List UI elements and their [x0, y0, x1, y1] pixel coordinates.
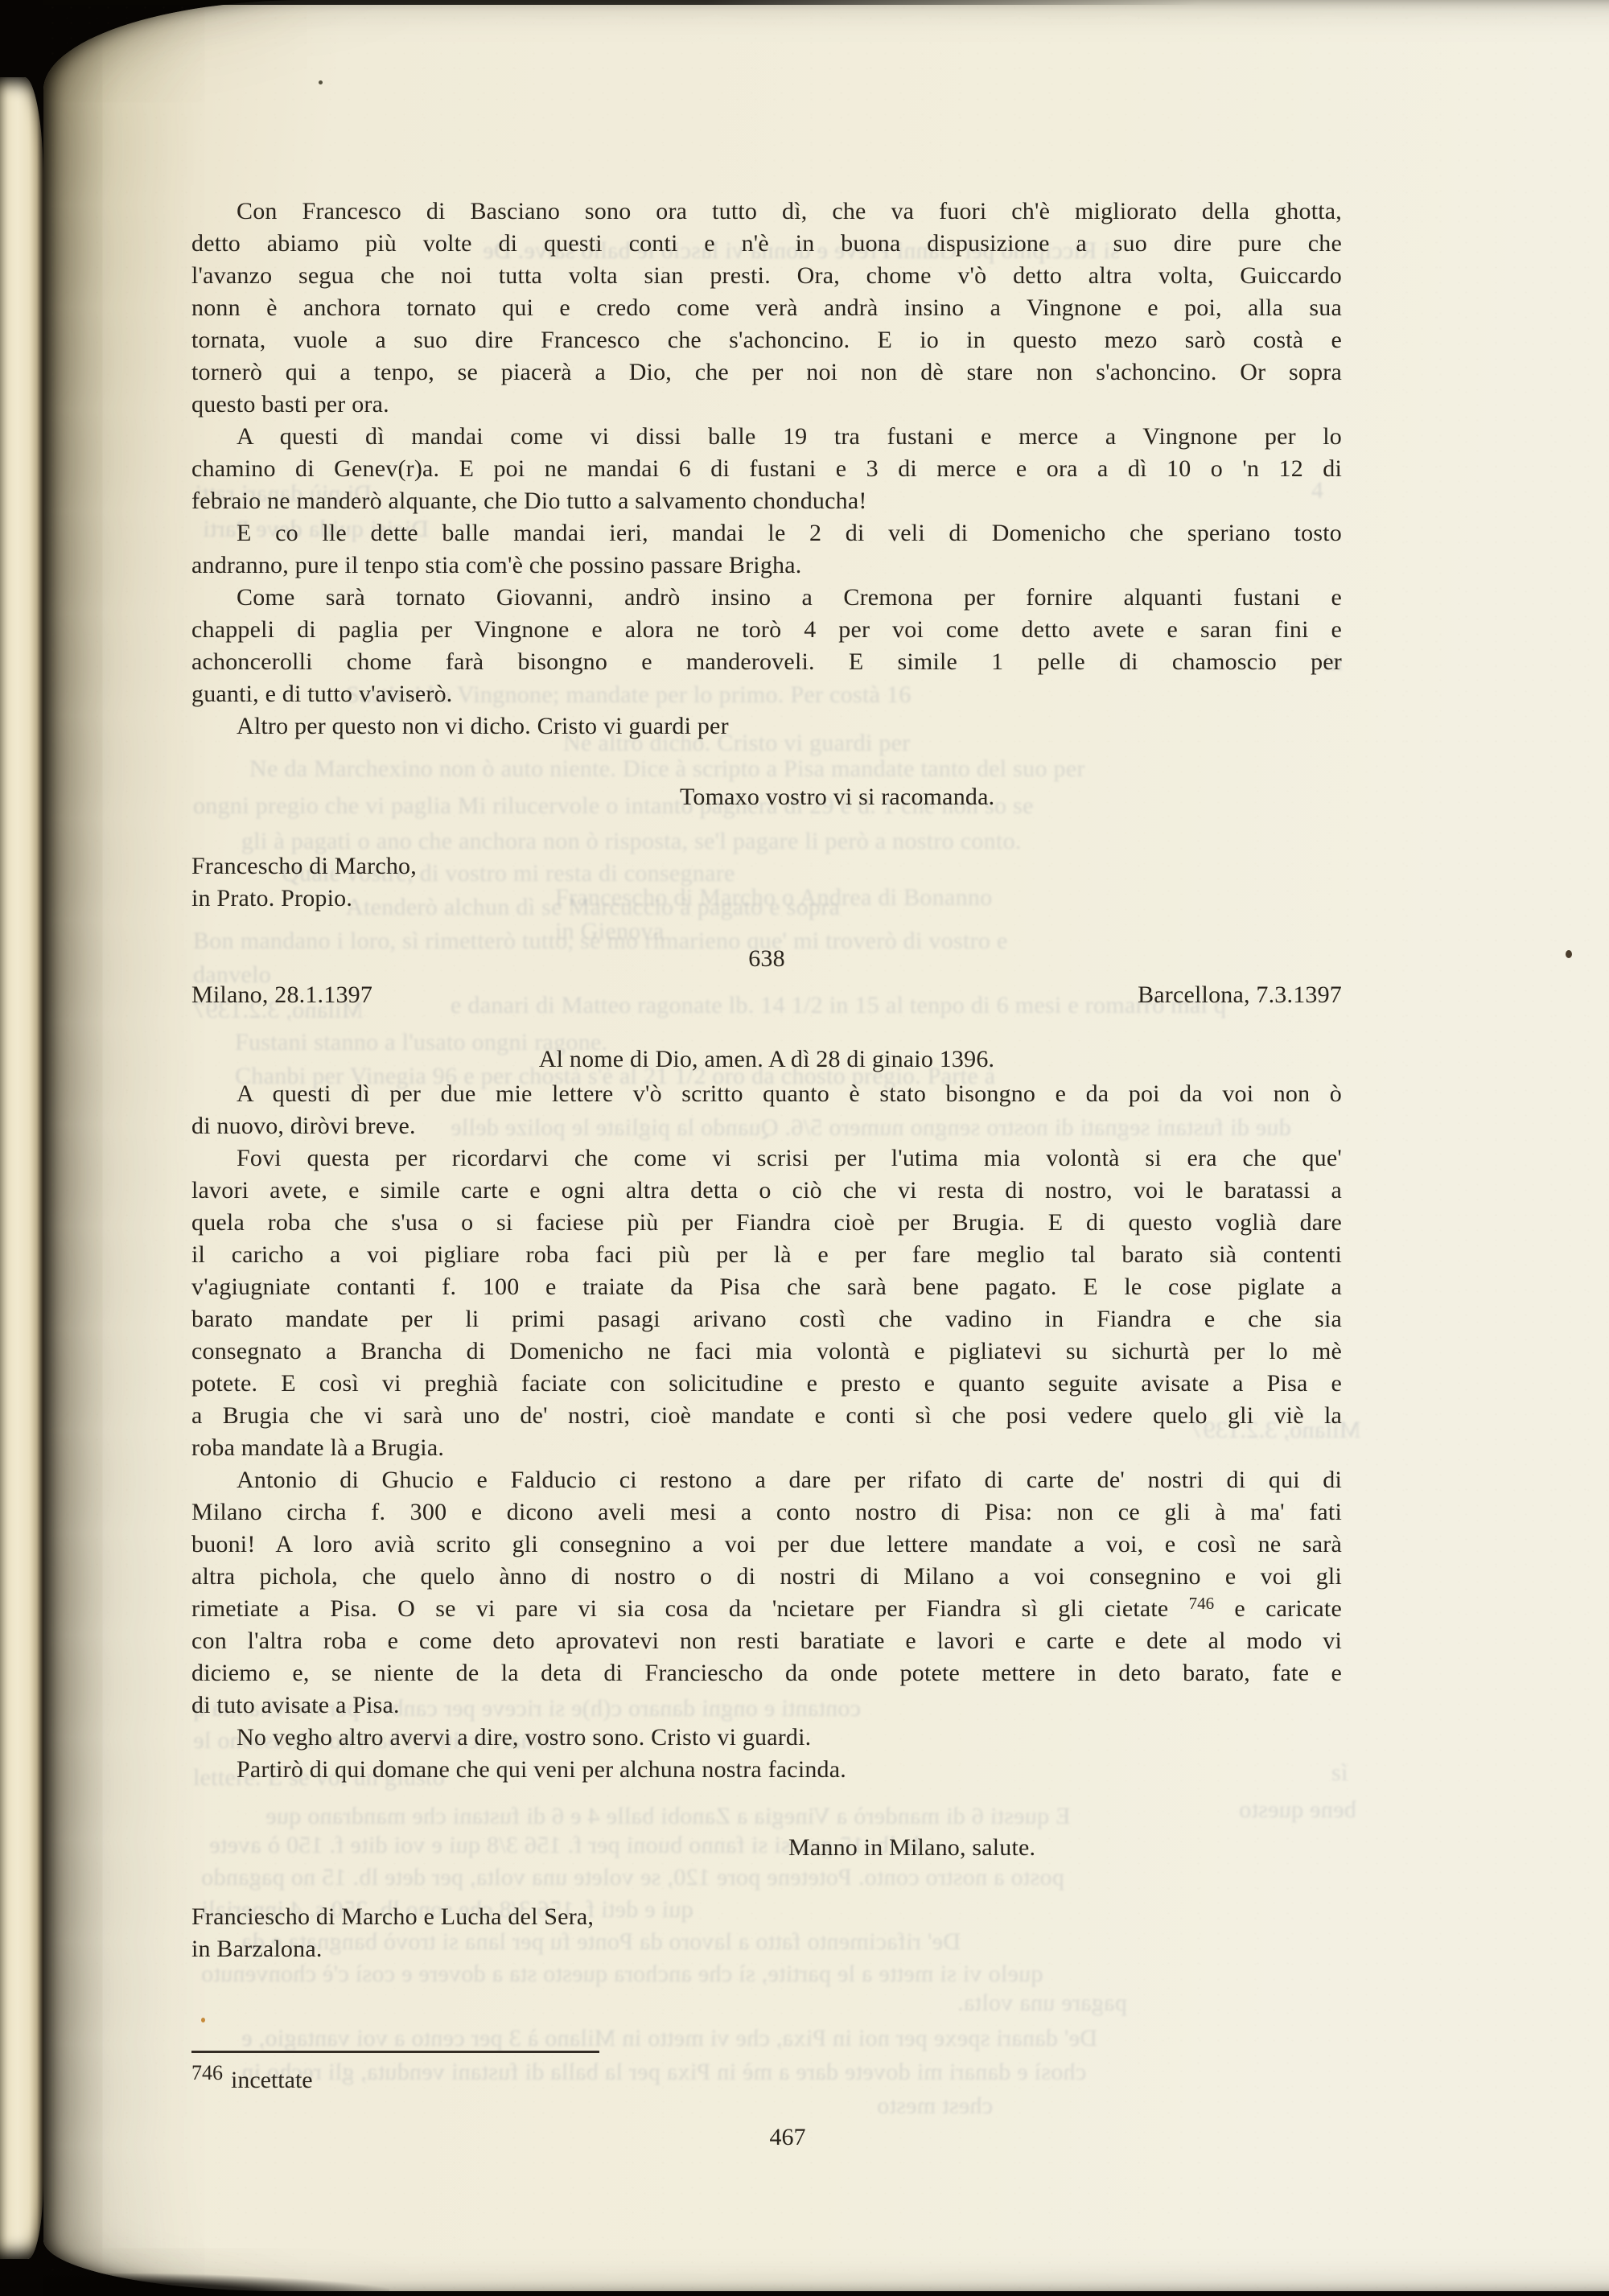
- text-line: achoncerolli chome farà bisongno e mande…: [191, 646, 1342, 678]
- address-line: Franciescho di Marcho e Lucha del Sera,: [191, 1901, 1342, 1933]
- paragraph: Antonio di Ghucio e Falducio ci restono …: [191, 1464, 1342, 1722]
- scan-top-edge: [43, 0, 1250, 5]
- text-line: Con Francesco di Basciano sono ora tutto…: [191, 195, 1342, 228]
- text-line: tornerò qui a tenpo, se piacerà a Dio, c…: [191, 356, 1342, 389]
- text-line: No vegho altro avervi a dire, vostro son…: [191, 1722, 1342, 1754]
- letter-2-address: Franciescho di Marcho e Lucha del Sera, …: [191, 1901, 1342, 1965]
- letter-2-salutation: Al nome di Dio, amen. A dì 28 di ginaio …: [191, 1043, 1342, 1076]
- bleedthrough-line: chest mesto: [877, 2092, 993, 2121]
- text-line: febraio ne manderò alquante, che Dio tut…: [191, 485, 1342, 517]
- text-line: lavori avete, e simile carte e ogni altr…: [191, 1175, 1342, 1207]
- page-edge-stack: [0, 77, 43, 2259]
- scan-bottom-shadow: [43, 2273, 389, 2296]
- paragraph: Come sarà tornato Giovanni, andrò insino…: [191, 582, 1342, 710]
- address-line: in Prato. Propio.: [191, 883, 1342, 915]
- text-line: roba mandate là a Brugia.: [191, 1432, 1342, 1464]
- text-column: Con Francesco di Basciano sono ora tutto…: [191, 195, 1342, 1965]
- paragraph: No vegho altro avervi a dire, vostro son…: [191, 1722, 1342, 1754]
- place-date-origin: Milano, 28.1.1397: [191, 979, 372, 1011]
- text-line: consegnato a Brancha di Domenicho ne fac…: [191, 1335, 1342, 1368]
- paragraph: Con Francesco di Basciano sono ora tutto…: [191, 195, 1342, 421]
- footnote-entry: 746incettate: [191, 2066, 599, 2095]
- text-line: barato mandate per li primi pasagi ariva…: [191, 1303, 1342, 1335]
- text-line: diciemo e, se niente de la deta di Franc…: [191, 1657, 1342, 1689]
- text-line: Come sarà tornato Giovanni, andrò insino…: [191, 582, 1342, 614]
- letter-1-body: Con Francesco di Basciano sono ora tutto…: [191, 195, 1342, 743]
- paragraph: E co lle dette balle mandai ieri, mandai…: [191, 517, 1342, 582]
- letter-2-dateline: Milano, 28.1.1397 Barcellona, 7.3.1397: [191, 979, 1342, 1011]
- dust-speck: [1566, 950, 1572, 958]
- book-scan: si Riccipino per Ganni Prève e donna vi …: [0, 0, 1609, 2296]
- address-line: in Barzalona.: [191, 1933, 1342, 1965]
- text-line: a Brugia che vi sarà uno de' nostri, cio…: [191, 1400, 1342, 1432]
- text-line: il caricho a voi pigliare roba faci più …: [191, 1239, 1342, 1271]
- text-line: con l'altra roba e come deto aprovatevi …: [191, 1625, 1342, 1657]
- text-line: potete. E così vi preghià faciate con so…: [191, 1368, 1342, 1400]
- text-line: Milano circha f. 300 e dicono aveli mesi…: [191, 1496, 1342, 1529]
- text-line: detto abiamo più volte di questi conti e…: [191, 228, 1342, 260]
- paragraph: Altro per questo non vi dicho. Cristo vi…: [191, 710, 1342, 743]
- letter-1-address: Francescho di Marcho, in Prato. Propio.: [191, 850, 1342, 915]
- text-line: A questi dì per due mie lettere v'ò scri…: [191, 1078, 1342, 1110]
- text-line: rimetiate a Pisa. O se vi pare vi sia co…: [191, 1593, 1342, 1625]
- address-line: Francescho di Marcho,: [191, 850, 1342, 883]
- text-line: E co lle dette balle mandai ieri, mandai…: [191, 517, 1342, 549]
- text-line: andranno, pure il tenpo stia com'è che p…: [191, 549, 1342, 582]
- place-date-destination: Barcellona, 7.3.1397: [1138, 979, 1342, 1011]
- text-line: nonn è anchora tornato qui e credo come …: [191, 292, 1342, 324]
- text-line: l'avanzo segua che noi tutta volta sian …: [191, 260, 1342, 292]
- text-line: Fovi questa per ricordarvi che come vi s…: [191, 1142, 1342, 1175]
- text-line: v'agiugniate contanti f. 100 e traiate d…: [191, 1271, 1342, 1303]
- paragraph: Partirò di qui domane che qui veni per a…: [191, 1754, 1342, 1786]
- text-line: quela roba che s'usa o si faciese più pe…: [191, 1207, 1342, 1239]
- text-line: Partirò di qui domane che qui veni per a…: [191, 1754, 1342, 1786]
- text-line: guanti, e di tutto v'aviserò.: [191, 678, 1342, 710]
- letter-2-closing: Manno in Milano, salute.: [788, 1832, 1342, 1864]
- footnote-marker: 746: [191, 2061, 223, 2084]
- paragraph: Fovi questa per ricordarvi che come vi s…: [191, 1142, 1342, 1464]
- bleedthrough-line: pagare una volta.: [957, 1989, 1127, 2018]
- text-line: chappeli di paglia per Vingnone e alora …: [191, 614, 1342, 646]
- letter-number: 638: [191, 943, 1342, 975]
- letter-1-closing: Tomaxo vostro vi si racomanda.: [680, 781, 1342, 813]
- paragraph: A questi dì per due mie lettere v'ò scri…: [191, 1078, 1342, 1142]
- footnote-text: incettate: [231, 2067, 313, 2093]
- bleedthrough-line: De' danari spexe per noi in Pixa, che vi…: [241, 2024, 1097, 2053]
- paragraph: A questi dì mandai come vi dissi balle 1…: [191, 421, 1342, 517]
- text-line: di nuovo, diròvi breve.: [191, 1110, 1342, 1142]
- text-line: chamino di Genev(r)a. E poi ne mandai 6 …: [191, 453, 1342, 485]
- text-line: questo basti per ora.: [191, 389, 1342, 421]
- text-line: Antonio di Ghucio e Falducio ci restono …: [191, 1464, 1342, 1496]
- text-line: Altro per questo non vi dicho. Cristo vi…: [191, 710, 1342, 743]
- text-line: A questi dì mandai come vi dissi balle 1…: [191, 421, 1342, 453]
- footnote-rule: [191, 2051, 599, 2053]
- text-line: tornata, vuole a suo dire Francesco che …: [191, 324, 1342, 356]
- dust-speck: [201, 2018, 205, 2022]
- text-line: altra pichola, che quelo ànno di nostro …: [191, 1561, 1342, 1593]
- letter-2-body: A questi dì per due mie lettere v'ò scri…: [191, 1078, 1342, 1786]
- footnote: 746incettate: [191, 2051, 599, 2095]
- dust-speck: [319, 80, 323, 84]
- text-line: buoni! A loro avià scrito gli consegnino…: [191, 1529, 1342, 1561]
- page-number: 467: [212, 2124, 1363, 2151]
- text-line: di tuto avisate a Pisa.: [191, 1689, 1342, 1722]
